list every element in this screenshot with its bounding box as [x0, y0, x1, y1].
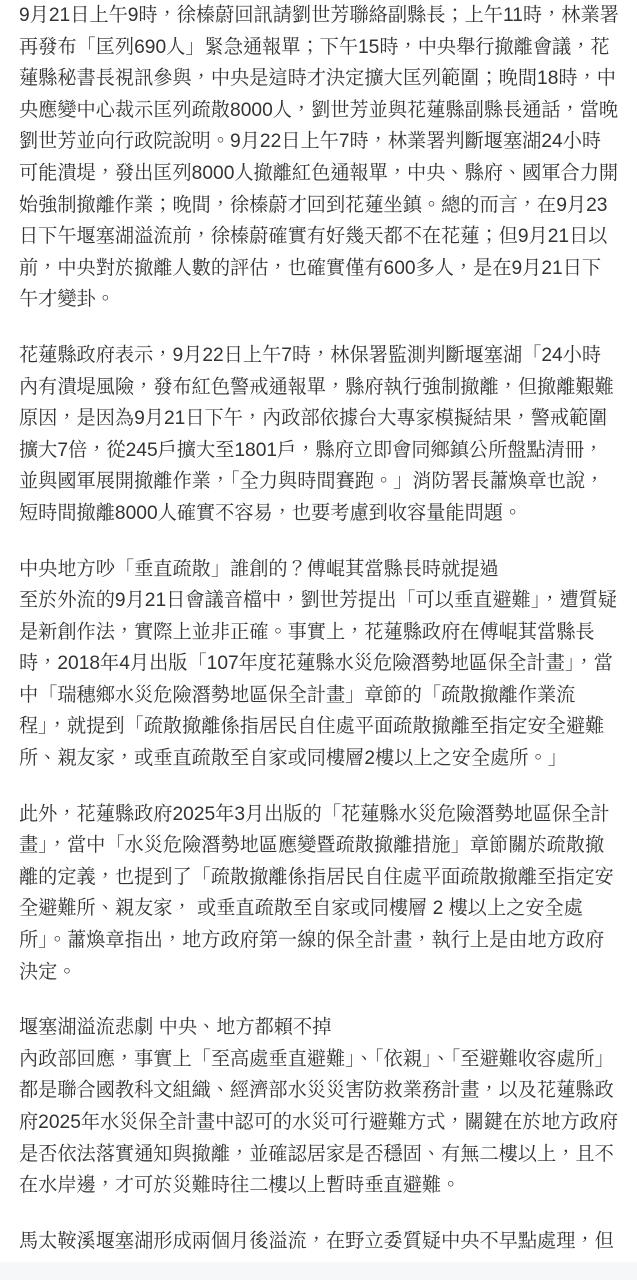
section-subheading: 中央地方吵「垂直疏散」誰創的？傅崐萁當縣長時就提過	[19, 554, 620, 586]
article-paragraph-truncated: 馬太鞍溪堰塞湖形成兩個月後溢流，在野立委質疑中央不早點處理，但	[19, 1226, 620, 1258]
article-paragraph: 此外，花蓮縣政府2025年3月出版的「花蓮縣水災危險潛勢地區保全計畫」，當中「水…	[19, 799, 620, 989]
article-paragraph: 至於外流的9月21日會議音檔中，劉世芳提出「可以垂直避難」，遭質疑是新創作法，實…	[19, 585, 620, 775]
article-paragraph: 內政部回應，事實上「至高處垂直避難」、「依親」、「至避難收容處所」都是聯合國教科…	[19, 1044, 620, 1202]
article-paragraph: 花蓮縣政府表示，9月22日上午7時，林保署監測判斷堰塞湖「24小時內有潰堤風險，…	[19, 340, 620, 530]
section-subheading: 堰塞湖溢流悲劇 中央、地方都賴不掉	[19, 1012, 620, 1044]
next-section-divider	[0, 1262, 637, 1280]
article-body: 9月21日上午9時，徐榛蔚回訊請劉世芳聯絡副縣長；上午11時，林業署再發布「匡列…	[0, 0, 637, 1280]
article-paragraph: 9月21日上午9時，徐榛蔚回訊請劉世芳聯絡副縣長；上午11時，林業署再發布「匡列…	[19, 0, 620, 316]
